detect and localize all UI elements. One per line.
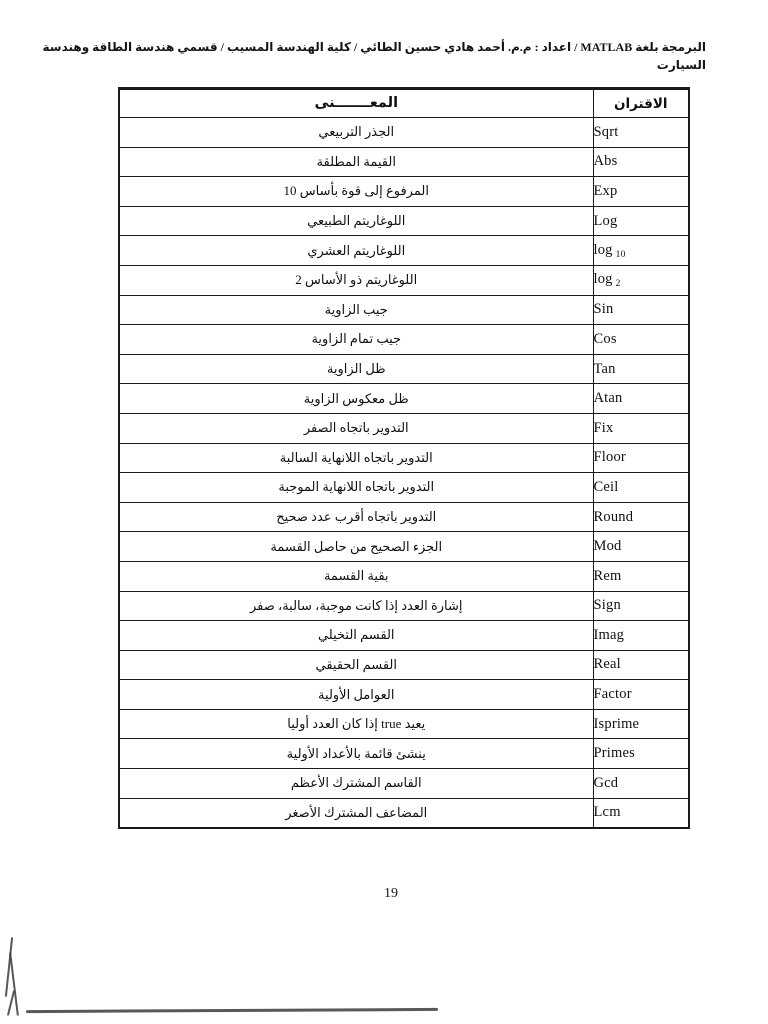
meaning-cell: الجزء الصحيح من حاصل القسمة <box>119 532 593 562</box>
function-name: Lcm <box>594 804 621 820</box>
function-cell: Round <box>593 502 689 532</box>
meaning-cell: العوامل الأولية <box>119 680 593 710</box>
functions-table: المعـــــــنى الاقتران الجذر التربيعي Sq… <box>118 87 690 829</box>
function-name: Ceil <box>594 479 619 495</box>
function-name: Cos <box>594 331 617 347</box>
meaning-cell: ينشئ قائمة بالأعداد الأولية <box>119 739 593 769</box>
function-cell: log2 <box>593 265 689 295</box>
function-name: Atan <box>594 390 623 406</box>
function-cell: Sin <box>593 295 689 325</box>
function-cell: Tan <box>593 354 689 384</box>
function-name: Tan <box>594 361 616 377</box>
header-line-2: السيارت <box>100 56 706 74</box>
table-row: المرفوع إلى قوة بأساس 10 Exp <box>119 177 689 207</box>
function-cell: Abs <box>593 147 689 177</box>
meaning-cell: التدوير باتجاه أقرب عدد صحيح <box>119 502 593 532</box>
function-cell: Factor <box>593 680 689 710</box>
table-row: الجزء الصحيح من حاصل القسمة Mod <box>119 532 689 562</box>
table-row: القسم التخيلي Imag <box>119 621 689 651</box>
function-cell: Log <box>593 206 689 236</box>
function-cell: Isprime <box>593 709 689 739</box>
document-header: البرمجة بلغة MATLAB / اعداد : م.م. أحمد … <box>100 38 706 74</box>
table-row: اللوغاريتم الطبيعي Log <box>119 206 689 236</box>
function-name: Sin <box>594 301 614 317</box>
function-cell: Rem <box>593 561 689 591</box>
meaning-cell: الجذر التربيعي <box>119 118 593 148</box>
table-body: الجذر التربيعي Sqrt القيمة المطلقة Abs ا… <box>119 118 689 829</box>
function-name: Real <box>594 656 621 672</box>
function-cell: Lcm <box>593 798 689 828</box>
table-row: القسم الحقيقي Real <box>119 650 689 680</box>
table-row: المضاعف المشترك الأصغر Lcm <box>119 798 689 828</box>
table-row: اللوغاريتم العشري log10 <box>119 236 689 266</box>
meaning-column-header: المعـــــــنى <box>119 89 593 118</box>
meaning-cell: ظل الزاوية <box>119 354 593 384</box>
meaning-cell: اللوغاريتم ذو الأساس 2 <box>119 265 593 295</box>
meaning-cell: التدوير باتجاه اللانهاية السالبة <box>119 443 593 473</box>
table-row: التدوير باتجاه الصفر Fix <box>119 413 689 443</box>
table-row: يعيد true إذا كان العدد أوليا Isprime <box>119 709 689 739</box>
function-name: Fix <box>594 420 614 436</box>
table-row: اللوغاريتم ذو الأساس 2 log2 <box>119 265 689 295</box>
function-name: Log <box>594 213 618 229</box>
table-row: إشارة العدد إذا كانت موجبة، سالبة، صفر S… <box>119 591 689 621</box>
scan-scratch-vertical-3 <box>7 990 15 1016</box>
function-column-header: الاقتران <box>593 89 689 118</box>
function-name: Sign <box>594 597 621 613</box>
function-cell: Imag <box>593 621 689 651</box>
function-cell: Atan <box>593 384 689 414</box>
function-name: Rem <box>594 568 622 584</box>
function-cell: Cos <box>593 325 689 355</box>
meaning-cell: يعيد true إذا كان العدد أوليا <box>119 709 593 739</box>
meaning-cell: المرفوع إلى قوة بأساس 10 <box>119 177 593 207</box>
function-name: Round <box>594 509 634 525</box>
meaning-cell: التدوير باتجاه اللانهاية الموجبة <box>119 473 593 503</box>
function-cell: Primes <box>593 739 689 769</box>
function-name: Exp <box>594 183 618 199</box>
table-row: بقية القسمة Rem <box>119 561 689 591</box>
table-row: جيب تمام الزاوية Cos <box>119 325 689 355</box>
scan-scratch-horizontal <box>26 1008 438 1013</box>
function-cell: Sign <box>593 591 689 621</box>
function-cell: Fix <box>593 413 689 443</box>
meaning-cell: جيب تمام الزاوية <box>119 325 593 355</box>
function-name: Mod <box>594 538 622 554</box>
function-cell: Mod <box>593 532 689 562</box>
function-name: log <box>594 242 613 258</box>
table-row: القاسم المشترك الأعظم Gcd <box>119 769 689 799</box>
table-row: العوامل الأولية Factor <box>119 680 689 710</box>
function-cell: Ceil <box>593 473 689 503</box>
header-line-1: البرمجة بلغة MATLAB / اعداد : م.م. أحمد … <box>100 38 706 56</box>
meaning-cell: التدوير باتجاه الصفر <box>119 413 593 443</box>
table-row: ظل معكوس الزاوية Atan <box>119 384 689 414</box>
table-row: القيمة المطلقة Abs <box>119 147 689 177</box>
function-cell: Sqrt <box>593 118 689 148</box>
meaning-cell: القسم التخيلي <box>119 621 593 651</box>
meaning-cell: اللوغاريتم العشري <box>119 236 593 266</box>
function-name: Primes <box>594 745 635 761</box>
function-name: Isprime <box>594 716 640 732</box>
meaning-cell: إشارة العدد إذا كانت موجبة، سالبة، صفر <box>119 591 593 621</box>
table-row: ظل الزاوية Tan <box>119 354 689 384</box>
function-subscript: 10 <box>616 250 626 260</box>
meaning-cell: القاسم المشترك الأعظم <box>119 769 593 799</box>
page-number: 19 <box>0 886 768 902</box>
function-cell: Real <box>593 650 689 680</box>
function-name: log <box>594 271 613 287</box>
function-name: Abs <box>594 153 618 169</box>
function-name: Factor <box>594 686 632 702</box>
meaning-cell: جيب الزاوية <box>119 295 593 325</box>
function-cell: Exp <box>593 177 689 207</box>
function-name: Gcd <box>594 775 619 791</box>
function-name: Imag <box>594 627 625 643</box>
meaning-cell: بقية القسمة <box>119 561 593 591</box>
function-subscript: 2 <box>616 279 621 289</box>
function-name: Floor <box>594 449 626 465</box>
meaning-cell: القسم الحقيقي <box>119 650 593 680</box>
table-row: التدوير باتجاه أقرب عدد صحيح Round <box>119 502 689 532</box>
table-row: جيب الزاوية Sin <box>119 295 689 325</box>
table-row: ينشئ قائمة بالأعداد الأولية Primes <box>119 739 689 769</box>
meaning-cell: ظل معكوس الزاوية <box>119 384 593 414</box>
function-cell: Gcd <box>593 769 689 799</box>
table-row: التدوير باتجاه اللانهاية الموجبة Ceil <box>119 473 689 503</box>
function-cell: log10 <box>593 236 689 266</box>
table-row: التدوير باتجاه اللانهاية السالبة Floor <box>119 443 689 473</box>
meaning-cell: المضاعف المشترك الأصغر <box>119 798 593 828</box>
function-cell: Floor <box>593 443 689 473</box>
meaning-cell: القيمة المطلقة <box>119 147 593 177</box>
table-row: الجذر التربيعي Sqrt <box>119 118 689 148</box>
meaning-cell: اللوغاريتم الطبيعي <box>119 206 593 236</box>
function-name: Sqrt <box>594 124 619 140</box>
table-header-row: المعـــــــنى الاقتران <box>119 89 689 118</box>
